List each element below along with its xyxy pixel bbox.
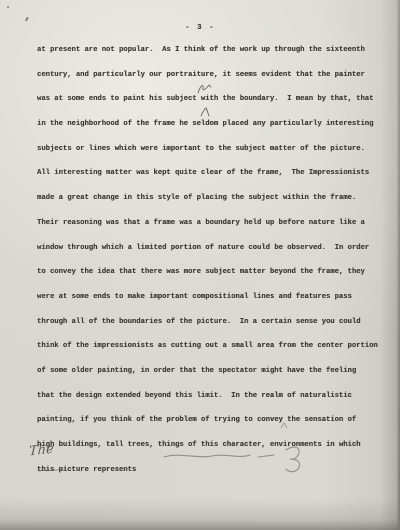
text-line: through all of the boundaries of the pic… [37,310,378,335]
text-line: were at some ends to make important comp… [37,285,378,310]
handwritten-the-annotation: The [29,441,54,459]
text-line: of some older painting, in order that th… [37,359,378,384]
text-line: window through which a limited portion o… [37,236,378,261]
text-line: that the design extended beyond this lim… [37,384,378,409]
text-line: Their reasoning was that a frame was a b… [37,211,378,236]
paper-speck [7,6,9,8]
text-line: made a great change in this style of pla… [37,186,378,211]
text-line: this picture represents [37,458,378,483]
page-number: - 3 - [0,24,400,32]
text-line: to convey the idea that there was more s… [37,260,378,285]
text-line: All interesting matter was kept quite cl… [37,161,378,186]
text-line: high buildings, tall trees, things of th… [37,433,378,458]
text-line: at present are not popular. As I think o… [37,38,378,63]
text-line: was at some ends to paint his subject wi… [37,87,378,112]
text-line: think of the impressionists as cutting o… [37,334,378,359]
text-line: painting, if you think of the problem of… [37,408,378,433]
scanned-typewritten-page: - 3 - at present are not popular. As I t… [0,0,400,530]
text-line: century, and particularly our portraitur… [37,63,378,88]
typewritten-body: at present are not popular. As I think o… [37,38,378,482]
paper-speck [25,17,28,21]
text-line: subjects or lines which were important t… [37,137,378,162]
text-line: in the neighborhood of the frame he seld… [37,112,378,137]
